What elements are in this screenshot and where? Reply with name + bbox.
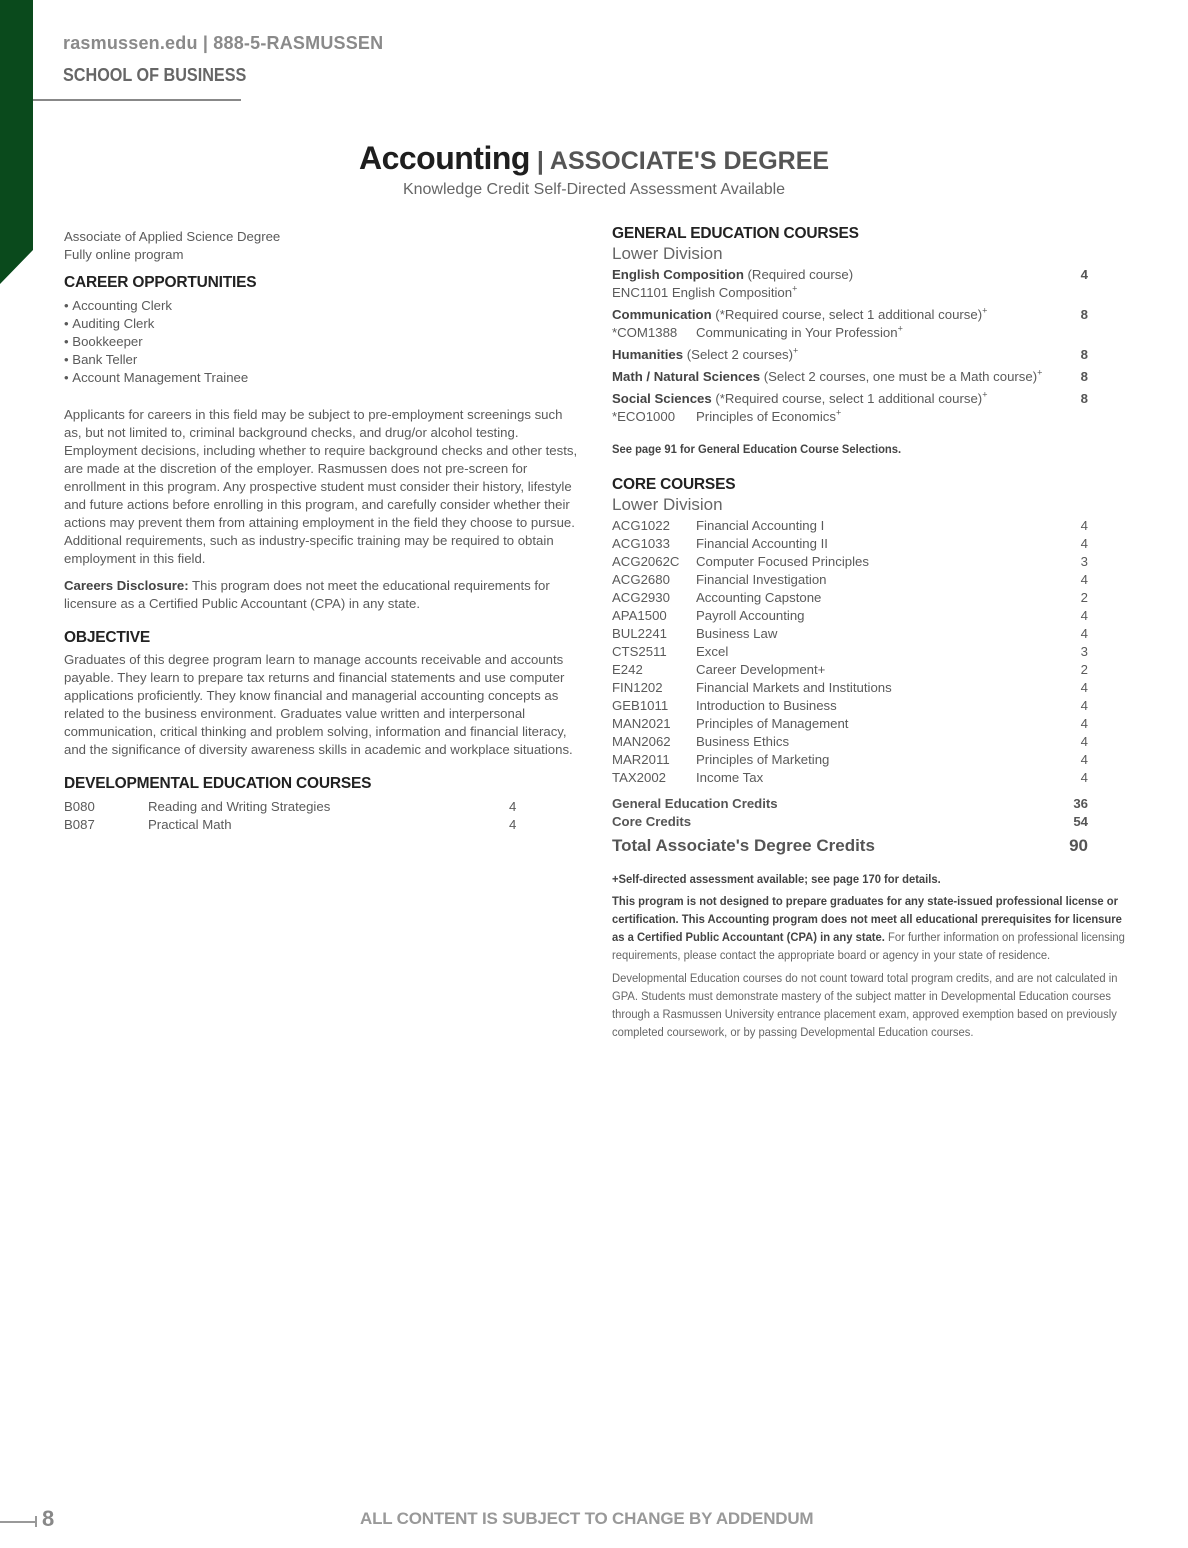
gen-ed-description: Communication (*Required course, select … (612, 306, 1058, 324)
course-credits: 4 (1068, 751, 1088, 769)
course-credits: 2 (1068, 589, 1088, 607)
self-directed-marker: + (1037, 368, 1042, 378)
gen-ed-item: Social Sciences (*Required course, selec… (612, 390, 1088, 426)
disclosure-label: Careers Disclosure: (64, 578, 189, 593)
dev-ed-heading: DEVELOPMENTAL EDUCATION COURSES (64, 775, 579, 793)
gen-ed-credits: 8 (1058, 346, 1088, 364)
page-subtitle: Knowledge Credit Self-Directed Assessmen… (0, 181, 1188, 199)
course-code: GEB1011 (612, 697, 696, 715)
course-name: Financial Accounting I (696, 517, 1068, 535)
course-credits: 4 (1068, 535, 1088, 553)
footer-rule-tick (35, 1516, 37, 1527)
gen-ed-note: See page 91 for General Education Course… (612, 440, 1127, 458)
course-code: ACG2680 (612, 571, 696, 589)
core-course-row: E242Career Development+2 (612, 661, 1088, 679)
course-name: Communicating in Your Profession (696, 325, 898, 340)
course-name: Principles of Marketing (696, 751, 1068, 769)
course-name: Payroll Accounting (696, 607, 1068, 625)
gen-ed-requirement: (Select 2 courses) (683, 347, 793, 362)
core-course-row: ACG2930Accounting Capstone2 (612, 589, 1088, 607)
self-directed-marker: + (982, 390, 987, 400)
course-name: Business Law (696, 625, 1068, 643)
gen-ed-required-course: ENC1101 English Composition+ (612, 284, 1088, 302)
course-code: E242 (612, 661, 696, 679)
gen-ed-description: English Composition (Required course) (612, 266, 1058, 284)
dev-ed-disclaimer: Developmental Education courses do not c… (612, 969, 1127, 1041)
course-code: ACG2930 (612, 589, 696, 607)
course-name: Career Development+ (696, 661, 1068, 679)
course-code: CTS2511 (612, 643, 696, 661)
core-credits-value: 54 (1048, 813, 1088, 831)
course-code: ACG1022 (612, 517, 696, 535)
gen-ed-title: Humanities (612, 347, 683, 362)
course-credits: 4 (1068, 571, 1088, 589)
course-name: Income Tax (696, 769, 1068, 787)
course-credits: 4 (1068, 697, 1088, 715)
self-directed-marker: + (898, 324, 903, 334)
total-credits-value: 90 (1048, 837, 1088, 855)
core-credits-label: Core Credits (612, 813, 1048, 831)
gen-ed-title: Communication (612, 307, 712, 322)
gen-ed-required-course: *ECO1000Principles of Economics+ (612, 408, 1088, 426)
gen-ed-lower-division: Lower Division (612, 245, 1132, 263)
core-course-row: CTS2511Excel3 (612, 643, 1088, 661)
course-code: APA1500 (612, 607, 696, 625)
core-course-row: ACG2680Financial Investigation4 (612, 571, 1088, 589)
course-credits: 4 (1068, 715, 1088, 733)
core-course-row: ACG2062CComputer Focused Principles3 (612, 553, 1088, 571)
course-name: Accounting Capstone (696, 589, 1068, 607)
left-column: Associate of Applied Science Degree Full… (64, 228, 579, 834)
course-code: ACG2062C (612, 553, 696, 571)
gen-ed-title: Math / Natural Sciences (612, 369, 760, 384)
course-name: Practical Math (148, 816, 509, 834)
gen-ed-requirement: (*Required course, select 1 additional c… (712, 391, 983, 406)
gen-ed-list: English Composition (Required course)4EN… (612, 266, 1088, 426)
course-credits: 2 (1068, 661, 1088, 679)
course-code: *COM1388 (612, 324, 696, 342)
course-name: Financial Investigation (696, 571, 1068, 589)
career-item: Bookkeeper (64, 333, 579, 351)
total-credits-row: Total Associate's Degree Credits 90 (612, 837, 1088, 855)
gen-ed-title: English Composition (612, 267, 744, 282)
gen-ed-row: Communication (*Required course, select … (612, 306, 1088, 324)
course-code: MAN2021 (612, 715, 696, 733)
page-number: 8 (42, 1506, 54, 1532)
right-column: GENERAL EDUCATION COURSES Lower Division… (612, 225, 1132, 1041)
self-directed-marker: + (836, 408, 841, 418)
course-code: ACG1033 (612, 535, 696, 553)
total-credits-label: Total Associate's Degree Credits (612, 837, 1048, 855)
gen-ed-description: Social Sciences (*Required course, selec… (612, 390, 1058, 408)
course-credits: 4 (1068, 733, 1088, 751)
self-directed-marker: + (982, 306, 987, 316)
gen-ed-item: Math / Natural Sciences (Select 2 course… (612, 368, 1088, 386)
license-disclaimer: This program is not designed to prepare … (612, 892, 1127, 964)
core-course-row: MAN2062Business Ethics4 (612, 733, 1088, 751)
course-name: Principles of Management (696, 715, 1068, 733)
footer-rule (0, 1521, 36, 1523)
course-credits: 4 (509, 816, 549, 834)
dev-course-list: B080Reading and Writing Strategies4B087P… (64, 798, 549, 834)
objective-text: Graduates of this degree program learn t… (64, 651, 579, 759)
course-code: B087 (64, 816, 148, 834)
course-code: MAR2011 (612, 751, 696, 769)
program-name: Accounting (359, 140, 530, 176)
self-directed-marker: + (793, 346, 798, 356)
course-code: FIN1202 (612, 679, 696, 697)
gen-ed-item: Humanities (Select 2 courses)+8 (612, 346, 1088, 364)
gen-ed-heading: GENERAL EDUCATION COURSES (612, 225, 1132, 243)
course-credits: 4 (1068, 769, 1088, 787)
header-divider (33, 99, 241, 101)
core-course-row: MAR2011Principles of Marketing4 (612, 751, 1088, 769)
course-credits: 3 (1068, 643, 1088, 661)
delivery-mode: Fully online program (64, 246, 579, 264)
self-directed-footnote: +Self-directed assessment available; see… (612, 870, 1127, 888)
gen-ed-requirement: (*Required course, select 1 additional c… (712, 307, 983, 322)
dev-course-row: B080Reading and Writing Strategies4 (64, 798, 549, 816)
course-name: Principles of Economics (696, 409, 836, 424)
brand-side-band (0, 0, 33, 250)
screening-paragraph: Applicants for careers in this field may… (64, 406, 579, 568)
career-item: Bank Teller (64, 351, 579, 369)
core-credits-row: Core Credits 54 (612, 813, 1088, 831)
gen-ed-row: Humanities (Select 2 courses)+8 (612, 346, 1088, 364)
gen-ed-row: Math / Natural Sciences (Select 2 course… (612, 368, 1088, 386)
core-course-row: ACG1022Financial Accounting I4 (612, 517, 1088, 535)
course-credits: 4 (1068, 607, 1088, 625)
career-item: Auditing Clerk (64, 315, 579, 333)
gen-ed-item: Communication (*Required course, select … (612, 306, 1088, 342)
gen-ed-requirement: (Required course) (744, 267, 853, 282)
course-name: Excel (696, 643, 1068, 661)
header-school: SCHOOL OF BUSINESS (63, 65, 246, 86)
course-code: *ECO1000 (612, 408, 696, 426)
course-name: Computer Focused Principles (696, 553, 1068, 571)
course-code: TAX2002 (612, 769, 696, 787)
gen-ed-required-course: *COM1388Communicating in Your Profession… (612, 324, 1088, 342)
header-contact: rasmussen.edu | 888-5-RASMUSSEN (63, 33, 383, 54)
gen-ed-row: Social Sciences (*Required course, selec… (612, 390, 1088, 408)
careers-disclosure: Careers Disclosure: This program does no… (64, 577, 579, 613)
footer-notice: ALL CONTENT IS SUBJECT TO CHANGE BY ADDE… (360, 1509, 813, 1529)
course-code: BUL2241 (612, 625, 696, 643)
gen-ed-credits: 8 (1058, 390, 1088, 408)
degree-label: ASSOCIATE'S DEGREE (550, 147, 829, 175)
course-name: ENC1101 English Composition (612, 285, 792, 300)
core-course-row: MAN2021Principles of Management4 (612, 715, 1088, 733)
course-credits: 4 (1068, 679, 1088, 697)
dev-course-row: B087Practical Math4 (64, 816, 549, 834)
self-directed-marker: + (792, 284, 797, 294)
gen-ed-requirement: (Select 2 courses, one must be a Math co… (760, 369, 1037, 384)
course-name: Reading and Writing Strategies (148, 798, 509, 816)
credit-totals: General Education Credits 36 Core Credit… (612, 795, 1088, 855)
core-course-row: GEB1011Introduction to Business4 (612, 697, 1088, 715)
career-heading: CAREER OPPORTUNITIES (64, 274, 579, 292)
core-course-row: APA1500Payroll Accounting4 (612, 607, 1088, 625)
course-code: B080 (64, 798, 148, 816)
course-name: Financial Markets and Institutions (696, 679, 1068, 697)
gen-ed-credits: 8 (1058, 306, 1088, 324)
course-name: Financial Accounting II (696, 535, 1068, 553)
course-credits: 4 (1068, 625, 1088, 643)
page-title: Accounting | ASSOCIATE'S DEGREE (0, 140, 1188, 177)
core-course-row: FIN1202Financial Markets and Institution… (612, 679, 1088, 697)
core-course-list: ACG1022Financial Accounting I4ACG1033Fin… (612, 517, 1088, 787)
objective-heading: OBJECTIVE (64, 629, 579, 647)
degree-type: Associate of Applied Science Degree (64, 228, 579, 246)
gen-ed-title: Social Sciences (612, 391, 712, 406)
gen-ed-description: Math / Natural Sciences (Select 2 course… (612, 368, 1058, 386)
course-credits: 3 (1068, 553, 1088, 571)
gen-ed-row: English Composition (Required course)4 (612, 266, 1088, 284)
career-list: Accounting ClerkAuditing ClerkBookkeeper… (64, 297, 579, 387)
course-code: MAN2062 (612, 733, 696, 751)
career-item: Accounting Clerk (64, 297, 579, 315)
gen-ed-credits: 4 (1058, 266, 1088, 284)
core-course-row: TAX2002Income Tax4 (612, 769, 1088, 787)
course-credits: 4 (509, 798, 549, 816)
brand-side-band-tip (0, 250, 33, 284)
core-course-row: ACG1033Financial Accounting II4 (612, 535, 1088, 553)
gen-ed-credits-value: 36 (1048, 795, 1088, 813)
core-course-row: BUL2241Business Law4 (612, 625, 1088, 643)
core-heading: CORE COURSES (612, 476, 1132, 494)
gen-ed-credits-row: General Education Credits 36 (612, 795, 1088, 813)
gen-ed-credits-label: General Education Credits (612, 795, 1048, 813)
gen-ed-item: English Composition (Required course)4EN… (612, 266, 1088, 302)
title-separator: | (530, 147, 550, 175)
course-name: Introduction to Business (696, 697, 1068, 715)
gen-ed-description: Humanities (Select 2 courses)+ (612, 346, 1058, 364)
gen-ed-credits: 8 (1058, 368, 1088, 386)
career-item: Account Management Trainee (64, 369, 579, 387)
course-name: Business Ethics (696, 733, 1068, 751)
course-credits: 4 (1068, 517, 1088, 535)
core-lower-division: Lower Division (612, 496, 1132, 514)
